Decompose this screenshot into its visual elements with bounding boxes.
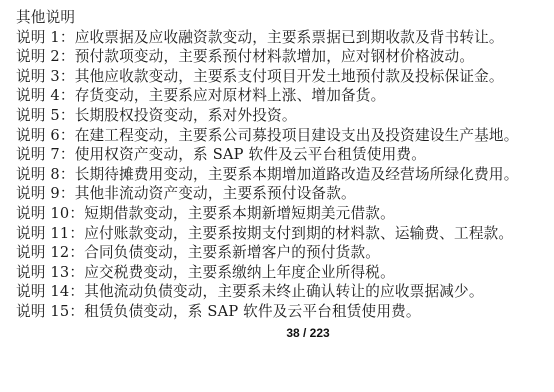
note-11: 说明 11：应付账款变动，主要系按期支付到期的材料款、运输费、工程款。 — [16, 224, 519, 244]
note-5: 说明 5：长期股权投资变动，系对外投资。 — [16, 106, 519, 126]
document-page: 其他说明 说明 1：应收票据及应收融资款变动，主要系票据已到期收款及背书转让。 … — [0, 0, 554, 392]
note-4: 说明 4：存货变动，主要系应对原材料上涨、增加备货。 — [16, 86, 519, 106]
page-number: 38 / 223 — [0, 326, 554, 340]
note-2: 说明 2：预付款项变动，主要系预付材料款增加，应对钢材价格波动。 — [16, 47, 519, 67]
note-8: 说明 8：长期待摊费用变动，主要系本期增加道路改造及经营场所绿化费用。 — [16, 165, 519, 185]
note-10: 说明 10：短期借款变动，主要系本期新增短期美元借款。 — [16, 204, 519, 224]
note-9: 说明 9：其他非流动资产变动，主要系预付设备款。 — [16, 184, 519, 204]
note-6: 说明 6：在建工程变动，主要系公司募投项目建设支出及投资建设生产基地。 — [16, 126, 519, 146]
note-7: 说明 7：使用权资产变动，系 SAP 软件及云平台租赁使用费。 — [16, 145, 519, 165]
note-15: 说明 15：租赁负债变动，系 SAP 软件及云平台租赁使用费。 — [16, 302, 519, 322]
note-12: 说明 12：合同负债变动，主要系新增客户的预付货款。 — [16, 243, 519, 263]
notes-section: 其他说明 说明 1：应收票据及应收融资款变动，主要系票据已到期收款及背书转让。 … — [16, 8, 519, 322]
note-3: 说明 3：其他应收款变动，主要系支付项目开发土地预付款及投标保证金。 — [16, 67, 519, 87]
section-heading: 其他说明 — [16, 8, 519, 28]
note-1: 说明 1：应收票据及应收融资款变动，主要系票据已到期收款及背书转让。 — [16, 28, 519, 48]
note-13: 说明 13：应交税费变动，主要系缴纳上年度企业所得税。 — [16, 263, 519, 283]
note-14: 说明 14：其他流动负债变动，主要系未终止确认转让的应收票据减少。 — [16, 282, 519, 302]
